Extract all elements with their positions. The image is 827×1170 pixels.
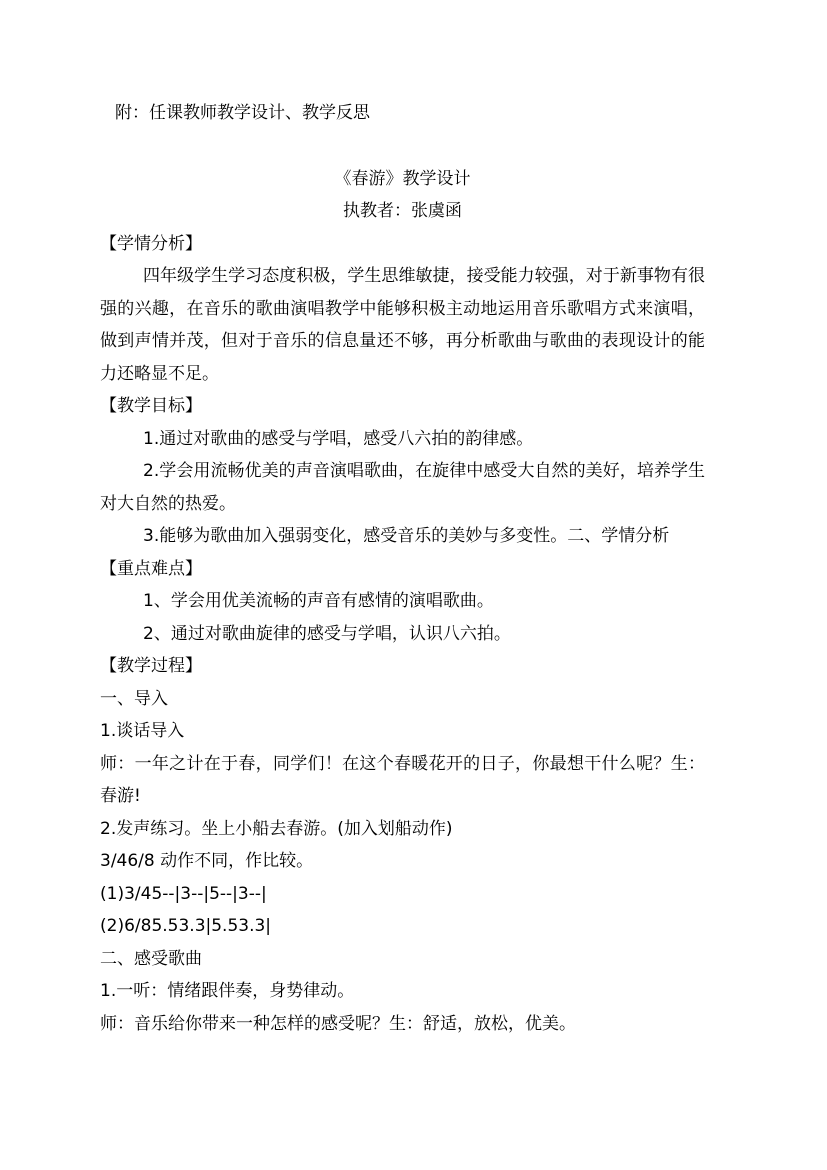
section-heading-teaching-goals: 【教学目标】 bbox=[100, 390, 705, 423]
document-title: 《春游》教学设计 bbox=[100, 163, 705, 196]
section-heading-teaching-process: 【教学过程】 bbox=[100, 650, 705, 683]
process-line: 1.谈话导入 bbox=[100, 715, 705, 748]
process-line: 3/46/8 动作不同，作比较。 bbox=[100, 845, 705, 878]
section-heading-learner-analysis: 【学情分析】 bbox=[100, 228, 705, 261]
learner-analysis-paragraph: 四年级学生学习态度积极，学生思维敏捷，接受能力较强，对于新事物有很强的兴趣，在音… bbox=[100, 260, 705, 390]
attachment-note: 附：任课教师教学设计、教学反思 bbox=[100, 97, 705, 130]
subsection-heading-feel-the-song: 二、感受歌曲 bbox=[100, 943, 705, 976]
key-point-item: 2、通过对歌曲旋律的感受与学唱，认识八六拍。 bbox=[100, 618, 705, 651]
process-line: 2.发声练习。坐上小船去春游。(加入划船动作) bbox=[100, 813, 705, 846]
teaching-goal-item: 1.通过对歌曲的感受与学唱，感受八六拍的韵律感。 bbox=[100, 423, 705, 456]
music-notation-line: (1)3/45--|3--|5--|3--| bbox=[100, 878, 705, 911]
blank-line bbox=[100, 130, 705, 163]
subsection-heading-lead-in: 一、导入 bbox=[100, 683, 705, 716]
section-heading-key-points: 【重点难点】 bbox=[100, 553, 705, 586]
teaching-goal-item: 2.学会用流畅优美的声音演唱歌曲，在旋律中感受大自然的美好，培养学生对大自然的热… bbox=[100, 455, 705, 520]
music-notation-line: (2)6/85.53.3|5.53.3| bbox=[100, 910, 705, 943]
process-line: 1.一听：情绪跟伴奏，身势律动。 bbox=[100, 975, 705, 1008]
key-point-item: 1、学会用优美流畅的声音有感情的演唱歌曲。 bbox=[100, 585, 705, 618]
instructor-byline: 执教者：张虞函 bbox=[100, 195, 705, 228]
process-line: 师：音乐给你带来一种怎样的感受呢？生：舒适，放松，优美。 bbox=[100, 1008, 705, 1041]
document-page: 附：任课教师教学设计、教学反思 《春游》教学设计 执教者：张虞函 【学情分析】 … bbox=[0, 0, 827, 1170]
teaching-goal-item: 3.能够为歌曲加入强弱变化，感受音乐的美妙与多变性。二、学情分析 bbox=[100, 520, 705, 553]
process-line: 师：一年之计在于春，同学们！在这个春暖花开的日子，你最想干什么呢？生：春游! bbox=[100, 748, 705, 813]
